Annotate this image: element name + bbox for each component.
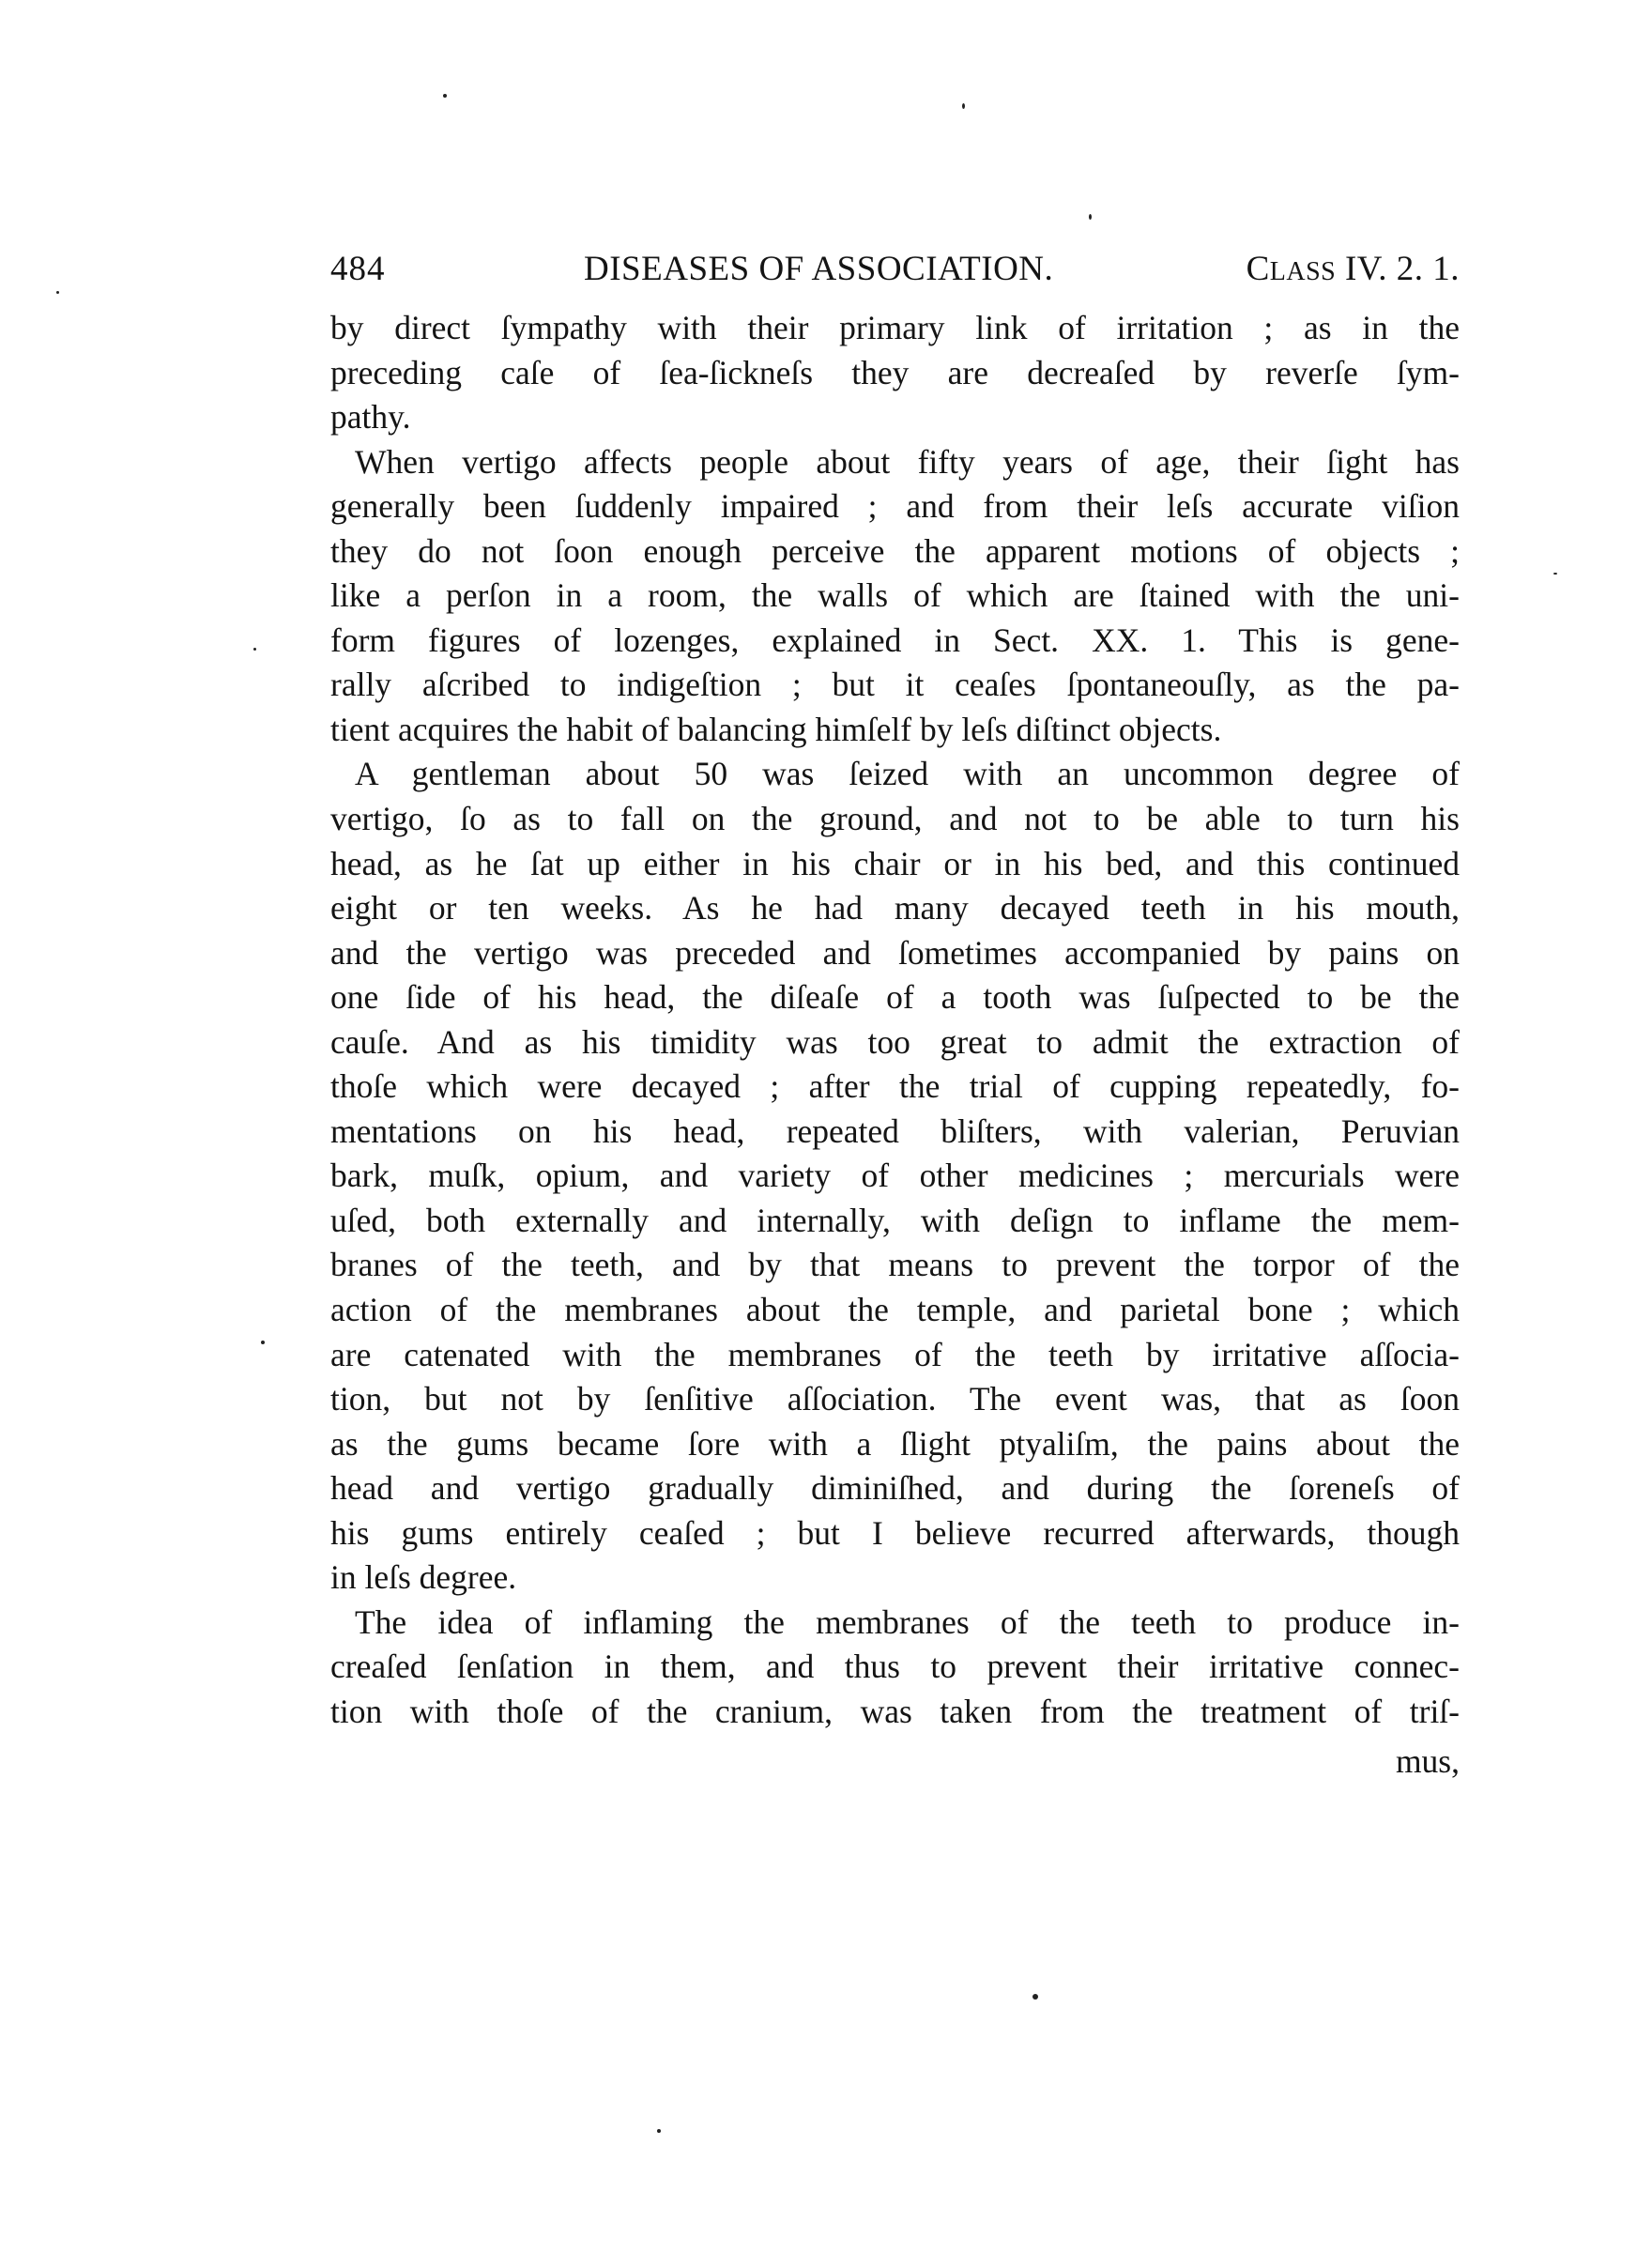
text-line: cauſe. And as his timidity was too great… <box>330 1020 1460 1065</box>
paragraph: by direct ſympathy with their primary li… <box>330 306 1460 440</box>
text-line: action of the membranes about the temple… <box>330 1288 1460 1333</box>
scan-speck <box>1553 573 1557 575</box>
text-line: in leſs degree. <box>330 1556 1460 1601</box>
text-line: pathy. <box>330 395 1460 440</box>
text-line: form figures of lozenges, explained in S… <box>330 619 1460 664</box>
scan-speck <box>56 291 59 294</box>
scan-speck <box>962 103 965 109</box>
book-page: 484 DISEASES OF ASSOCIATION. CLASS IV. 2… <box>0 0 1652 2253</box>
paragraph: The idea of inflaming the membranes of t… <box>330 1601 1460 1735</box>
text-line: eight or ten weeks. As he had many decay… <box>330 886 1460 931</box>
text-line: they do not ſoon enough perceive the app… <box>330 529 1460 575</box>
text-line: by direct ſympathy with their primary li… <box>330 306 1460 351</box>
scan-speck <box>261 1341 265 1344</box>
text-line: his gums entirely ceaſed ; but I believe… <box>330 1511 1460 1556</box>
text-line: A gentleman about 50 was ſeized with an … <box>330 752 1460 797</box>
text-line: vertigo, ſo as to fall on the ground, an… <box>330 797 1460 842</box>
section-prefix: C <box>1247 250 1270 288</box>
scan-speck <box>443 94 447 98</box>
text-line: head and vertigo gradually diminiſhed, a… <box>330 1466 1460 1511</box>
text-line: head, as he ſat up either in his chair o… <box>330 842 1460 887</box>
body-text: by direct ſympathy with their primary li… <box>330 306 1460 1784</box>
text-line: mentations on his head, repeated bliſter… <box>330 1110 1460 1155</box>
text-line: creaſed ſenſation in them, and thus to p… <box>330 1645 1460 1690</box>
text-line: one ſide of his head, the diſeaſe of a t… <box>330 975 1460 1020</box>
chapter-title: DISEASES OF ASSOCIATION. <box>584 246 1053 293</box>
paragraph: When vertigo affects people about fifty … <box>330 440 1460 753</box>
section-reference: CLASS IV. 2. 1. <box>1247 246 1460 296</box>
text-line: generally been ſuddenly impaired ; and f… <box>330 484 1460 529</box>
text-line: rally aſcribed to indigeſtion ; but it c… <box>330 663 1460 708</box>
text-line: tient acquires the habit of balancing hi… <box>330 708 1460 753</box>
text-line: are catenated with the membranes of the … <box>330 1333 1460 1378</box>
text-line: uſed, both externally and internally, wi… <box>330 1199 1460 1244</box>
scan-speck <box>1032 1994 1038 2000</box>
text-line: bark, muſk, opium, and variety of other … <box>330 1154 1460 1199</box>
scan-speck <box>253 648 256 651</box>
section-number: IV. 2. 1. <box>1336 250 1460 288</box>
text-line: like a perſon in a room, the walls of wh… <box>330 574 1460 619</box>
scan-speck <box>657 2129 661 2133</box>
running-head: 484 DISEASES OF ASSOCIATION. CLASS IV. 2… <box>330 246 1460 293</box>
text-line: thoſe which were decayed ; after the tri… <box>330 1065 1460 1110</box>
text-line: branes of the teeth, and by that means t… <box>330 1243 1460 1288</box>
paragraph: A gentleman about 50 was ſeized with an … <box>330 752 1460 1600</box>
text-line: The idea of inflaming the membranes of t… <box>330 1601 1460 1646</box>
page-number: 484 <box>330 246 386 293</box>
text-line: tion with thoſe of the cranium, was take… <box>330 1690 1460 1735</box>
text-line: When vertigo affects people about fifty … <box>330 440 1460 485</box>
section-smallcaps: LASS <box>1270 257 1336 286</box>
text-line: tion, but not by ſenſitive aſſociation. … <box>330 1377 1460 1422</box>
text-line: preceding caſe of ſea-ſickneſs they are … <box>330 351 1460 396</box>
text-line: and the vertigo was preceded and ſometim… <box>330 931 1460 976</box>
scan-speck <box>1089 214 1092 220</box>
catchword: mus, <box>330 1740 1460 1785</box>
text-line: as the gums became ſore with a ſlight pt… <box>330 1422 1460 1467</box>
